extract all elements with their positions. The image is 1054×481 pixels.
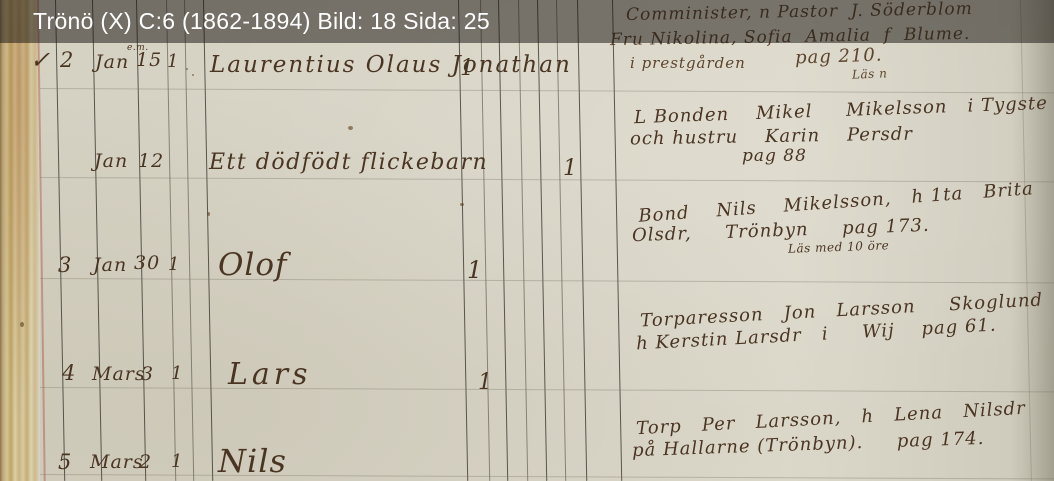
- column-rule: [136, 0, 146, 481]
- row-number: 3: [58, 255, 72, 276]
- tally-mark: 1: [563, 158, 578, 180]
- ink-speck: [186, 68, 188, 70]
- row-checkmark: ✓: [30, 48, 51, 72]
- tally-cell: 1: [167, 53, 179, 71]
- child-name: Lars: [228, 360, 312, 390]
- birth-day: 30: [134, 254, 160, 273]
- row-rule: [40, 177, 1054, 182]
- tally-mark: 1: [467, 258, 483, 282]
- child-name: Nils: [218, 445, 287, 477]
- ink-speck: [460, 203, 464, 206]
- ink-speck: [348, 126, 353, 130]
- note-page-ref: pag 88: [742, 148, 807, 165]
- note-line: L Bonden Mikel Mikelsson i Tygste: [634, 95, 1048, 127]
- column-rule: [577, 0, 587, 481]
- birth-day: 15: [136, 51, 162, 70]
- column-rule: [612, 0, 622, 481]
- birth-month: Jan: [94, 152, 128, 171]
- tally-mark: 1: [478, 372, 493, 394]
- row-rule: [40, 278, 1054, 283]
- child-name: Ett dödfödt flickebarn: [209, 152, 488, 174]
- column-rule: [166, 0, 176, 481]
- row-rule: [40, 88, 1054, 93]
- birth-day: 12: [138, 152, 164, 171]
- row-number: 5: [58, 452, 72, 473]
- tally-cell: 1: [168, 256, 180, 274]
- column-rule: [55, 0, 65, 481]
- child-name: Olof: [218, 250, 287, 281]
- tally-cell: 1: [171, 453, 183, 471]
- row-number: 2: [60, 50, 74, 71]
- row-number: 4: [62, 363, 76, 384]
- birth-month: Mars: [92, 365, 146, 384]
- volume-title: Trönö (X) C:6 (1862-1894) Bild: 18 Sida:…: [33, 8, 490, 35]
- tally-cell: 1: [171, 365, 183, 383]
- tally-mark: 1: [460, 58, 475, 80]
- birth-day: 3: [141, 365, 154, 384]
- birth-month: Mars: [90, 453, 144, 472]
- child-name: Laurentius Olaus Jonathan: [210, 54, 572, 77]
- ink-speck: [20, 322, 24, 327]
- note-annotation: Läs med 10 öre: [788, 239, 890, 255]
- document-canvas[interactable]: ✓ 2 Jan e.m. 15 1 Laurentius Olaus Jonat…: [0, 0, 1054, 481]
- ink-speck: [192, 74, 194, 76]
- ink-speck: [207, 212, 210, 216]
- birth-month: Jan: [93, 256, 127, 275]
- note-line: i prestgården: [630, 56, 746, 71]
- birth-month: Jan: [95, 53, 129, 72]
- note-annotation: Läs n: [852, 67, 888, 80]
- birth-day: 2: [139, 453, 152, 472]
- column-rule: [184, 0, 194, 481]
- note-page-ref: pag 210.: [795, 46, 883, 67]
